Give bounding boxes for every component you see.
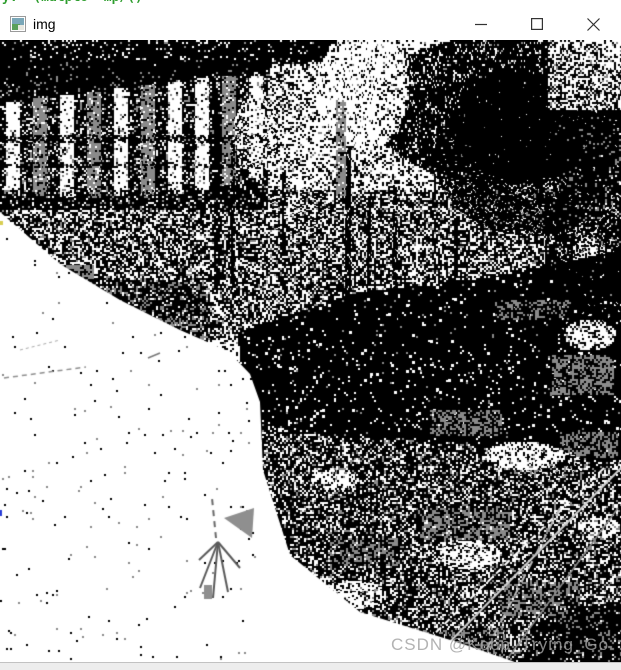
maximize-icon	[531, 18, 543, 30]
maximize-button[interactable]	[509, 8, 565, 40]
watermark-text: CSDN @Keep_Trying_Go	[391, 635, 609, 655]
window-image-icon	[10, 16, 26, 32]
background-code-strip: y. (matplo mp/()	[0, 0, 621, 8]
minimize-icon	[475, 18, 487, 30]
minimize-button[interactable]	[453, 8, 509, 40]
close-icon	[587, 18, 600, 31]
window-bottom-border	[0, 662, 621, 670]
binary-image-viewport	[0, 40, 621, 662]
close-button[interactable]	[565, 8, 621, 40]
window-controls	[453, 8, 621, 40]
window-titlebar[interactable]: img	[0, 8, 621, 40]
window-title: img	[33, 8, 56, 40]
background-code-text: y. (matplo mp/()	[2, 0, 143, 5]
image-content-area: CSDN @Keep_Trying_Go	[0, 40, 621, 662]
icon-light-part	[18, 25, 24, 30]
